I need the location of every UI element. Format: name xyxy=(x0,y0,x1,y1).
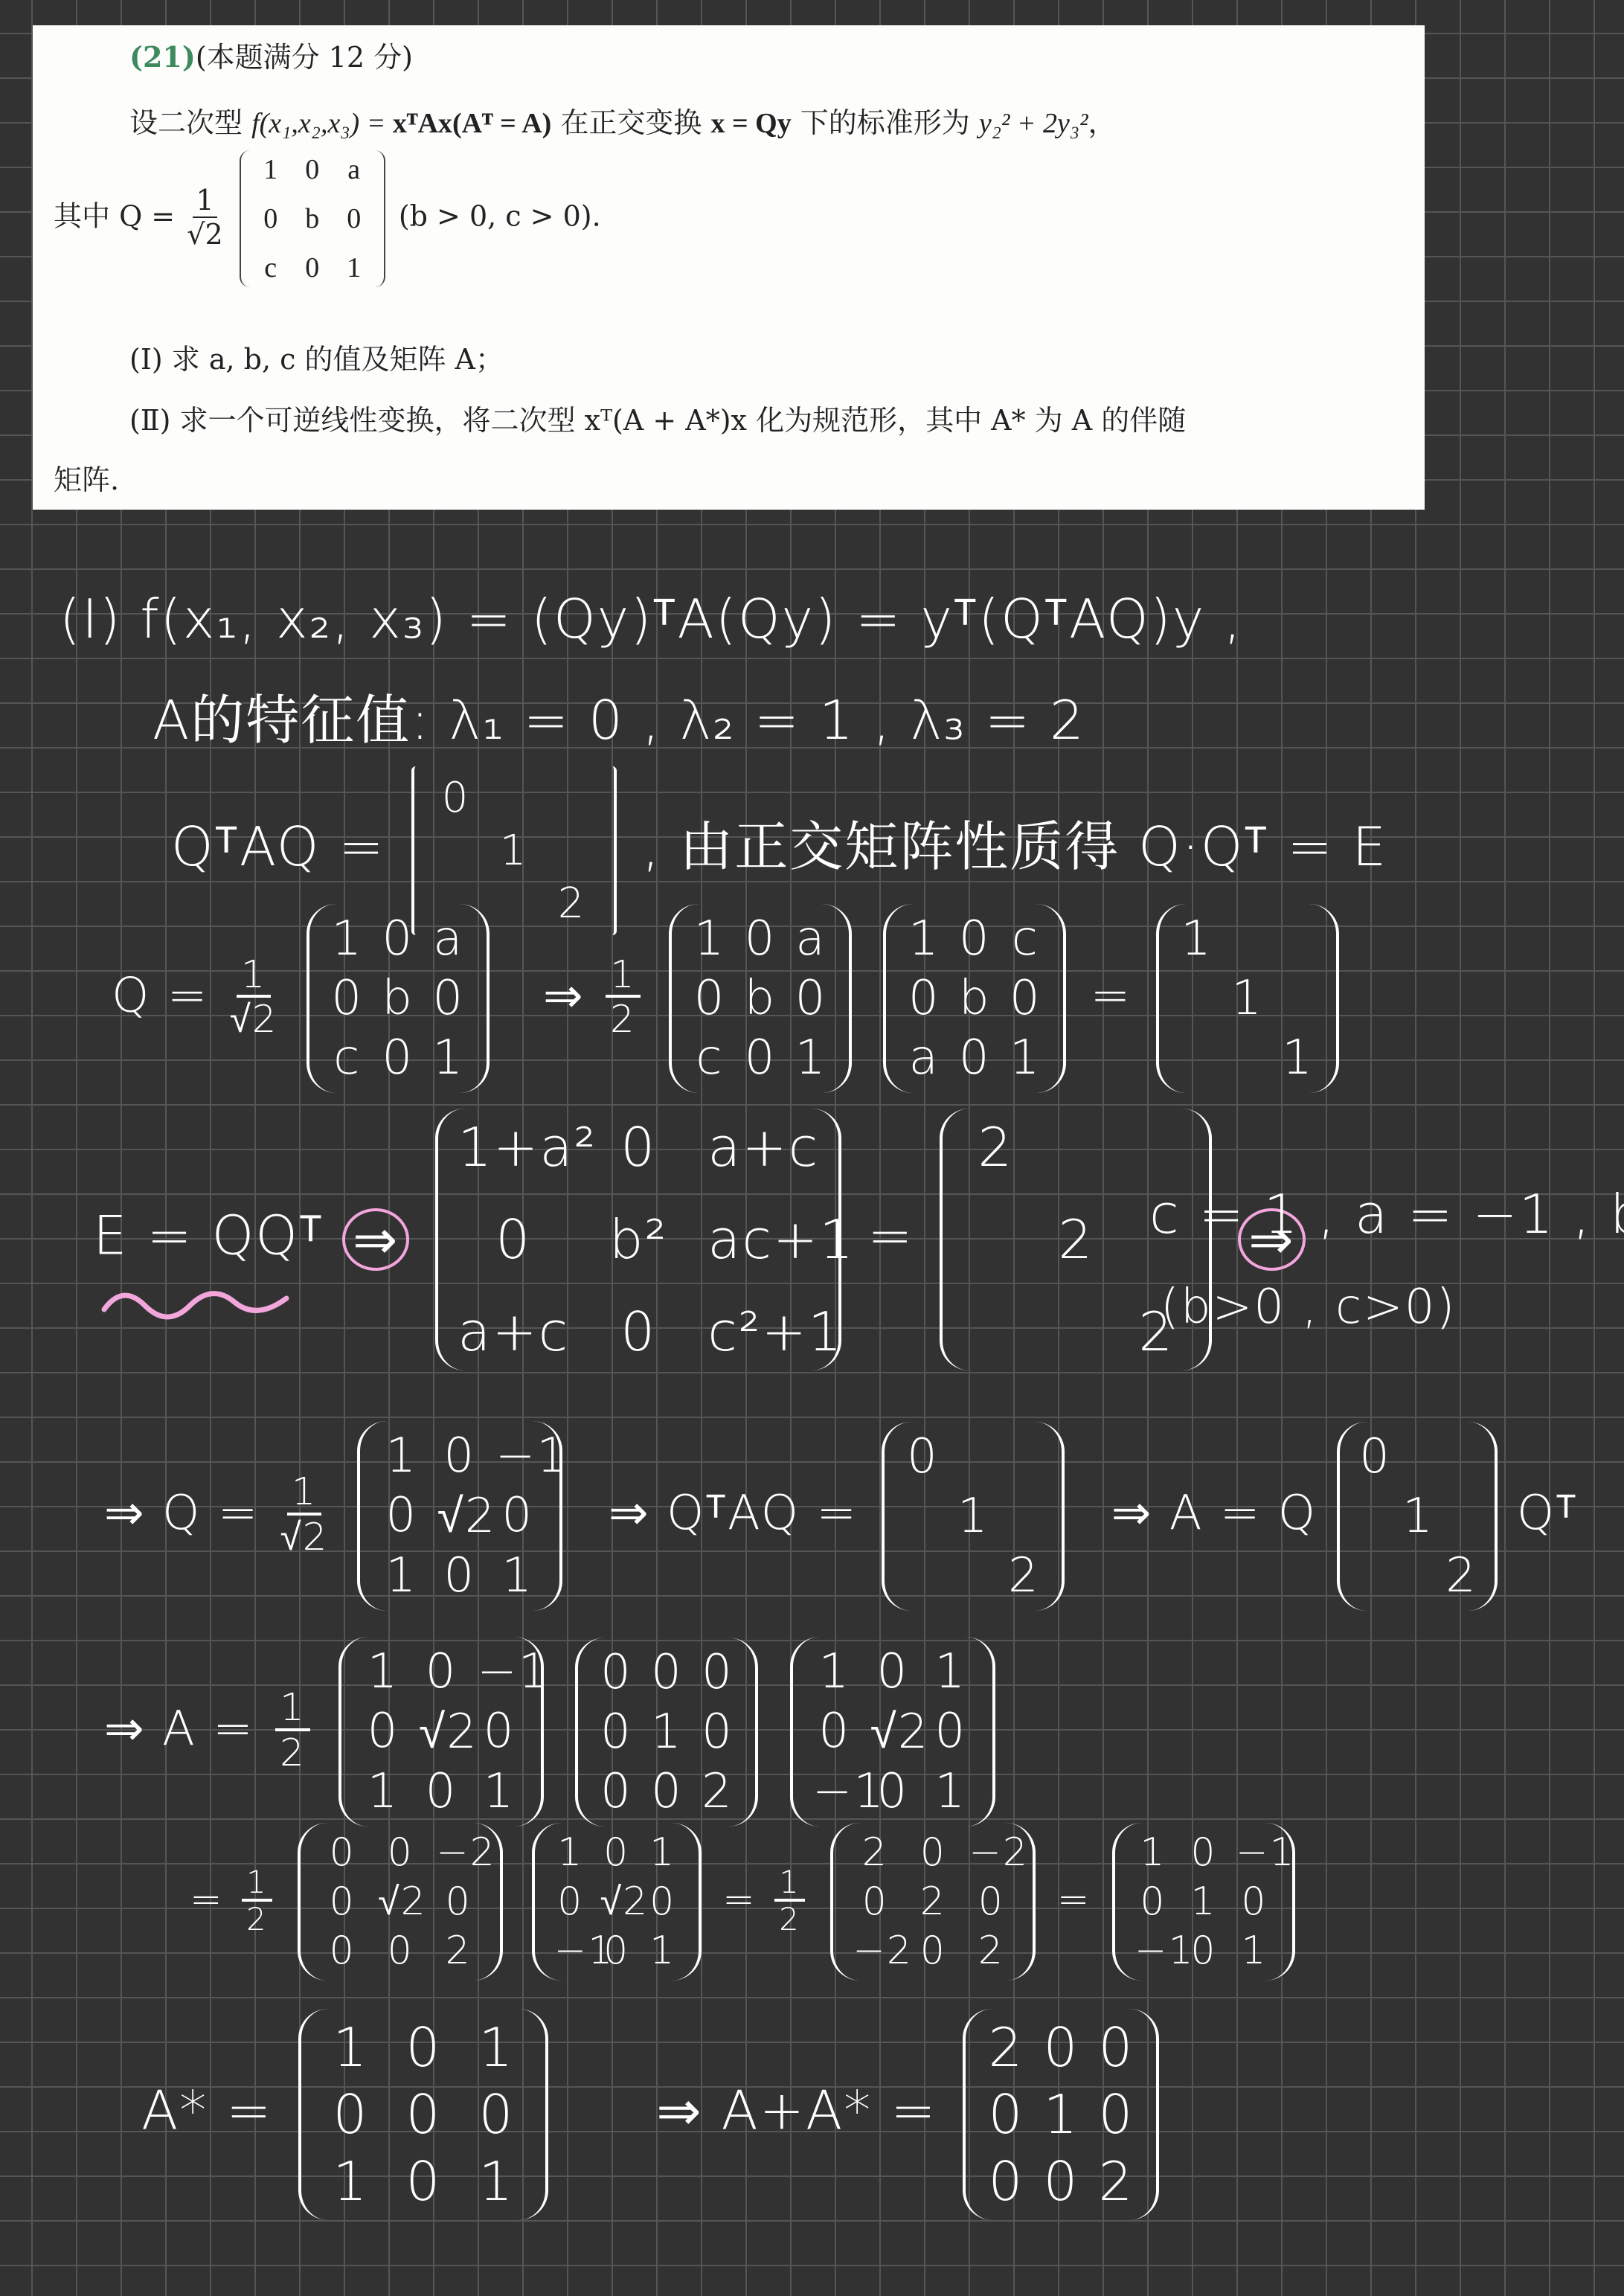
matrix-cell: 0 xyxy=(600,1830,633,1875)
condition: (b > 0, c > 0). xyxy=(399,200,601,233)
adjugate-label: A* = xyxy=(141,2079,272,2142)
matrix-cell: 0 xyxy=(292,153,333,186)
matrix-cell: b xyxy=(956,971,993,1026)
numerator: 1 xyxy=(774,1866,804,1902)
numerator: 1 xyxy=(606,955,641,998)
problem-header: (21)(本题满分 12 分) xyxy=(129,34,413,75)
a-label: A = xyxy=(162,1702,254,1757)
matrix-cell: 0 xyxy=(1095,2016,1137,2079)
matrix-q-transpose: 10c0b0a01 xyxy=(883,904,1066,1093)
matrix-cell: 0 xyxy=(582,1116,694,1179)
matrix-cell: −1 xyxy=(477,1644,521,1699)
matrix-cell: 0 xyxy=(434,774,478,822)
matrix-cell: 0 xyxy=(905,971,943,1026)
matrix-cell: 2 xyxy=(1445,1548,1478,1603)
matrix-cell: 1 xyxy=(1229,971,1266,1026)
matrix-cell: 0 xyxy=(911,1928,955,1973)
implies-arrow: ⇒ xyxy=(1111,1486,1153,1541)
matrix-cell: 1 xyxy=(495,1548,540,1603)
matrix-cell: 1 xyxy=(250,153,292,186)
matrix-cell xyxy=(1042,1301,1109,1363)
matrix-cell: 0 xyxy=(853,1879,897,1924)
matrix-cell: c xyxy=(1007,911,1044,966)
matrix-cell: 1 xyxy=(554,1830,587,1875)
qtaq-label: QᵀAQ = xyxy=(171,815,385,878)
solution-line-5: E = QQᵀ ⇒ 1+a²0a+c0b²ac+1a+c0c²+1 = 222 … xyxy=(93,1109,1306,1370)
matrix-cell: 1+a² xyxy=(458,1116,569,1179)
matrix-cell: 0 xyxy=(870,1644,915,1699)
product-matrix: 20−2020−202 xyxy=(830,1823,1036,1981)
matrix-cell: 0 xyxy=(1185,1830,1222,1875)
orthogonal-note: , 由正交矩阵性质得 Q·Qᵀ = E xyxy=(642,815,1387,878)
stem-text: 设二次型 xyxy=(129,106,251,139)
orthogonal-transform: x = Qy xyxy=(711,108,792,139)
matrix-cell: 0 xyxy=(495,1488,540,1544)
matrix-cell: c²+1 xyxy=(707,1301,819,1363)
matrix-cell xyxy=(1445,1489,1478,1544)
matrix-cell: 1 xyxy=(492,827,536,875)
fraction: 12 xyxy=(275,1688,310,1775)
matrix-cell: 0 xyxy=(379,1030,417,1086)
solution-line-4: Q = 1√2 10a0b0c01 ⇒ 12 10a0b0c01 10c0b0a… xyxy=(112,904,1347,1093)
matrix-cell: 0 xyxy=(419,1644,463,1699)
matrix-cell: a+c xyxy=(707,1116,819,1179)
matrix-cell: 0 xyxy=(582,1301,694,1363)
matrix-cell xyxy=(1178,971,1216,1026)
matrix-cell xyxy=(434,827,478,875)
matrix-cell: 1 xyxy=(430,1030,467,1086)
matrix-cell xyxy=(1005,1429,1042,1484)
matrix-cell: 2 xyxy=(985,2016,1027,2079)
matrix-cell: 2 xyxy=(1095,2150,1137,2213)
matrix-cell: 2 xyxy=(962,1116,1029,1179)
equals: = xyxy=(867,1205,914,1267)
matrix-cell xyxy=(550,827,594,875)
pink-squiggle-underline-icon xyxy=(100,1280,294,1324)
q-label: Q = xyxy=(162,1486,259,1541)
intermediate-matrix: 00−20√20002 xyxy=(298,1823,503,1981)
matrix-cell: 1 xyxy=(361,1644,405,1699)
matrix-cell: 0 xyxy=(320,1879,365,1924)
fraction: 1√2 xyxy=(187,185,222,251)
matrix-cell: 2 xyxy=(1042,1208,1109,1271)
numerator: 1 xyxy=(287,1472,322,1516)
punctuation: ， xyxy=(1088,106,1116,139)
matrix-cell: b xyxy=(742,971,779,1026)
matrix-cell: 1 xyxy=(905,911,943,966)
matrix-cell: √2 xyxy=(378,1879,423,1924)
matrix-cell: 1 xyxy=(954,1489,992,1544)
matrix-cell: 0 xyxy=(1359,1429,1392,1484)
implies-arrow: ⇒ xyxy=(104,1702,146,1757)
matrix-cell: 1 xyxy=(1236,1928,1273,1973)
matrix-cell: 0 xyxy=(742,1030,779,1086)
matrix-cell: 0 xyxy=(554,1879,587,1924)
matrix-cell: 0 xyxy=(699,1645,736,1700)
matrix-cell xyxy=(904,1489,941,1544)
matrix-cell: 1 xyxy=(648,1705,685,1760)
q-matrix-hw: 10a0b0c01 xyxy=(306,904,490,1093)
matrix-cell: 2 xyxy=(853,1830,897,1875)
qtaq-label: QᵀAQ = xyxy=(667,1486,858,1541)
matrix-cell xyxy=(1402,1429,1435,1484)
a-equals-q: A = Q xyxy=(1169,1486,1317,1541)
matrix-cell: 1 xyxy=(333,251,375,284)
part-2-cont: 矩阵. xyxy=(54,457,119,498)
matrix-cell: 1 xyxy=(1007,1030,1044,1086)
matrix-cell: ac+1 xyxy=(707,1208,819,1271)
implies-arrow: ⇒ xyxy=(353,1208,399,1271)
matrix-cell: 0 xyxy=(437,1548,482,1603)
matrix-cell xyxy=(1359,1548,1392,1603)
matrix-cell: 0 xyxy=(600,1928,633,1973)
quadratic-form: f(x₁,x₂,x₃) = xyxy=(251,108,393,139)
matrix-cell: 1 xyxy=(361,1764,405,1819)
matrix-cell xyxy=(492,774,536,822)
q-label: Q = xyxy=(112,969,208,1024)
matrix-cell: √2 xyxy=(870,1704,915,1760)
matrix-cell: 0 xyxy=(379,1488,424,1544)
numerator: 1 xyxy=(242,1866,272,1902)
matrix-cell: 0 xyxy=(870,1764,915,1819)
matrix-cell: 0 xyxy=(1095,2083,1137,2146)
matrix-cell xyxy=(954,1548,992,1603)
matrix-cell: 1 xyxy=(1402,1489,1435,1544)
matrix-cell: 1 xyxy=(477,1764,521,1819)
question-number: (21) xyxy=(129,40,196,74)
matrix-cell: 1 xyxy=(466,2150,526,2213)
matrix-cell xyxy=(1359,1489,1392,1544)
matrix-cell: 2 xyxy=(1005,1548,1042,1603)
matrix-cell: −2 xyxy=(436,1830,481,1875)
denominator: √2 xyxy=(280,1516,329,1559)
sum-matrix: 200010002 xyxy=(963,2009,1159,2220)
matrix-cell: b xyxy=(292,202,333,235)
equals: = xyxy=(1091,969,1132,1024)
matrix-cell: 0 xyxy=(394,2083,453,2146)
points-label: (本题满分 12 分) xyxy=(196,41,413,74)
standard-form: y₂² + 2y₃² xyxy=(979,108,1088,139)
matrix-cell: −2 xyxy=(853,1928,897,1973)
numerator: 1 xyxy=(193,185,216,218)
matrix-cell: 1 xyxy=(928,1644,973,1699)
matrix-cell: 1 xyxy=(1134,1830,1172,1875)
matrix-cell: 0 xyxy=(812,1704,857,1760)
matrix-cell: 1 xyxy=(646,1830,679,1875)
matrix-cell: 0 xyxy=(458,1208,569,1271)
implies-arrow: ⇒ xyxy=(656,2079,702,2142)
equals: = xyxy=(190,1877,224,1922)
matrix-cell: b² xyxy=(582,1208,694,1271)
matrix-cell xyxy=(1178,1030,1216,1086)
denominator: 2 xyxy=(246,1902,267,1937)
matrix-cell: 2 xyxy=(969,1928,1013,1973)
matrix-cell: 0 xyxy=(466,2083,526,2146)
problem-card: (21)(本题满分 12 分) 设二次型 f(x₁,x₂,x₃) = xᵀAx(… xyxy=(33,25,1425,510)
matrix-cell: 0 xyxy=(1185,1928,1222,1973)
denominator: 2 xyxy=(779,1902,800,1937)
matrix-cell: a xyxy=(430,911,467,966)
adjugate-matrix: 101000101 xyxy=(298,2009,548,2220)
implies-arrow: ⇒ xyxy=(104,1486,146,1541)
matrix-cell: 1 xyxy=(1185,1879,1222,1924)
matrix-cell: −1 xyxy=(495,1428,540,1484)
matrix-cell: 0 xyxy=(321,2083,380,2146)
matrix-q-transpose: 1010√20−101 xyxy=(532,1823,702,1981)
matrix-cell: 0 xyxy=(430,971,467,1026)
symmetric-condition: (Aᵀ = A) xyxy=(452,108,551,139)
part-1: (Ⅰ) 求 a, b, c 的值及矩阵 A； xyxy=(129,336,504,377)
matrix-cell: 0 xyxy=(378,1928,423,1973)
matrix-a-result: 10−1010−101 xyxy=(1112,1823,1295,1981)
matrix-cell xyxy=(1005,1489,1042,1544)
matrix-cell xyxy=(1280,911,1317,966)
denominator: 2 xyxy=(610,998,636,1042)
solution-eigenvalues: A的特征值: λ₁ = 0 , λ₂ = 1 , λ₃ = 2 xyxy=(153,677,1085,754)
equals: = xyxy=(722,1877,757,1922)
matrix-cell: a xyxy=(333,153,375,186)
matrix-cell: c xyxy=(691,1030,728,1086)
matrix-cell xyxy=(1229,911,1266,966)
matrix-cell: 0 xyxy=(904,1429,941,1484)
e-equals-qqt: E = QQᵀ xyxy=(93,1205,324,1267)
matrix-cell: 1 xyxy=(691,911,728,966)
matrix-cell xyxy=(1402,1548,1435,1603)
matrix-cell xyxy=(1123,1116,1190,1179)
matrix-cell: 0 xyxy=(379,911,417,966)
matrix-cell: −1 xyxy=(812,1764,857,1819)
matrix-cell: 1 xyxy=(329,911,366,966)
matrix-cell: 0 xyxy=(792,971,829,1026)
matrix-cell: √2 xyxy=(419,1704,463,1760)
solution-line-9: A* = 101000101 ⇒ A+A* = 200010002 xyxy=(141,2009,1166,2220)
problem-stem: 设二次型 f(x₁,x₂,x₃) = xᵀAx(Aᵀ = A) 在正交变换 x … xyxy=(129,100,1117,141)
matrix-cell: 0 xyxy=(378,1830,423,1875)
matrix-cell: 1 xyxy=(379,1548,424,1603)
matrix-cell: 0 xyxy=(911,1830,955,1875)
implies-arrow: ⇒ xyxy=(543,969,585,1024)
denominator: 2 xyxy=(280,1731,306,1775)
matrix-cell: c xyxy=(329,1030,366,1086)
matrix-cell: 0 xyxy=(597,1705,635,1760)
matrix-cell: −1 xyxy=(1134,1928,1172,1973)
matrix-cell xyxy=(962,1208,1029,1271)
matrix-cell: 0 xyxy=(928,1704,973,1760)
matrix-cell xyxy=(1042,1116,1109,1179)
matrix-cell: 1 xyxy=(466,2016,526,2079)
denominator: √2 xyxy=(230,998,278,1042)
matrix-cell: 1 xyxy=(321,2150,380,2213)
matrix-cell: b xyxy=(379,971,417,1026)
matrix-cell: 0 xyxy=(597,1764,635,1819)
q-definition: 其中 Q = 1√2 10a0b0c01 (b > 0, c > 0). xyxy=(54,150,601,287)
matrix-cell xyxy=(1445,1429,1478,1484)
highlight-circle-icon: ⇒ xyxy=(342,1208,409,1271)
matrix-cell: a+c xyxy=(458,1301,569,1363)
matrix-cell: 0 xyxy=(1007,971,1044,1026)
matrix-cell: 1 xyxy=(792,1030,829,1086)
numerator: 1 xyxy=(237,955,272,998)
matrix-cell: 0 xyxy=(419,1764,463,1819)
matrix-cell xyxy=(904,1548,941,1603)
matrix-cell: 0 xyxy=(742,911,779,966)
solution-line-8: = 12 00−20√20002 1010√20−101 = 12 20−202… xyxy=(190,1823,1303,1981)
solution-line-7: ⇒ A = 12 10−10√20101 000010002 1010√20−1… xyxy=(104,1637,1003,1827)
matrix-cell: 0 xyxy=(648,1764,685,1819)
matrix-q: 10−10√20101 xyxy=(338,1637,544,1827)
matrix-cell: √2 xyxy=(600,1879,633,1924)
matrix-cell xyxy=(962,1301,1029,1363)
matrix-q-transpose: 1010√20−101 xyxy=(790,1637,995,1827)
sum-label: A+A* = xyxy=(721,2079,937,2142)
stem-text: 下的标准形为 xyxy=(792,106,979,139)
matrix-cell: √2 xyxy=(437,1488,482,1544)
matrix-cell: 0 xyxy=(648,1645,685,1700)
matrix-cell: 0 xyxy=(436,1879,481,1924)
matrix-cell: 1 xyxy=(1280,1030,1317,1086)
matrix-cell: 0 xyxy=(956,911,993,966)
implies-arrow: ⇒ xyxy=(609,1486,650,1541)
matrix-cell: 0 xyxy=(956,1030,993,1086)
matrix-cell: −2 xyxy=(969,1830,1013,1875)
matrix-cell: 0 xyxy=(699,1705,736,1760)
matrix-cell: 0 xyxy=(394,2016,453,2079)
matrix-cell xyxy=(1229,1030,1266,1086)
matrix-cell: 0 xyxy=(691,971,728,1026)
matrix-cell: a xyxy=(905,1030,943,1086)
matrix-cell: 0 xyxy=(985,2083,1027,2146)
fraction: 1√2 xyxy=(280,1472,329,1559)
matrix-cell: 0 xyxy=(1134,1879,1172,1924)
matrix-cell: 1 xyxy=(1178,911,1216,966)
solution-line-1: (I) f(x₁, x₂, x₃) = (Qy)ᵀA(Qy) = yᵀ(QᵀAQ… xyxy=(60,588,1242,650)
q-matrix: 10a0b0c01 xyxy=(240,150,385,287)
where-label: 其中 Q = xyxy=(54,200,184,233)
matrix-cell: 0 xyxy=(329,971,366,1026)
matrix-cell: 0 xyxy=(969,1879,1013,1924)
matrix-cell: 0 xyxy=(477,1704,521,1760)
matrix-cell: 0 xyxy=(320,1830,365,1875)
matrix-cell: 0 xyxy=(361,1704,405,1760)
matrix-cell: −1 xyxy=(1236,1830,1273,1875)
matrix-cell: 0 xyxy=(333,202,375,235)
matrix-cell: −1 xyxy=(554,1928,587,1973)
matrix-cell xyxy=(550,774,594,822)
matrix-cell: 1 xyxy=(646,1928,679,1973)
fraction: 1√2 xyxy=(230,955,278,1042)
matrix-cell: 0 xyxy=(292,251,333,284)
matrix-cell: 1 xyxy=(321,2016,380,2079)
matrix-cell xyxy=(1280,971,1317,1026)
identity-matrix: 111 xyxy=(1156,904,1339,1093)
fraction: 12 xyxy=(606,955,641,1042)
q-transpose: Qᵀ xyxy=(1517,1486,1578,1541)
matrix-cell: 0 xyxy=(1040,2150,1082,2213)
matrix-cell: 0 xyxy=(1236,1879,1273,1924)
diag-matrix: 000010002 xyxy=(575,1638,758,1827)
matrix-cell: 0 xyxy=(320,1928,365,1973)
diag-matrix: 012 xyxy=(1337,1422,1498,1611)
matrix-cell: 1 xyxy=(928,1764,973,1819)
matrix-cell: 0 xyxy=(646,1879,679,1924)
bc-condition: (b>0 , c>0) xyxy=(1161,1280,1456,1335)
q-numeric-matrix: 10−10√20101 xyxy=(357,1421,562,1611)
abc-values: c = 1 , a = −1 , b = √2 xyxy=(1149,1183,1624,1245)
matrix-cell: 1 xyxy=(379,1428,424,1484)
matrix-cell: 2 xyxy=(911,1879,955,1924)
matrix-cell: c xyxy=(250,251,292,284)
equals: = xyxy=(1057,1877,1091,1922)
part-2: (Ⅱ) 求一个可逆线性变换，将二次型 xᵀ(A + A*)x 化为规范形，其中 … xyxy=(129,397,1186,438)
numerator: 1 xyxy=(275,1688,310,1731)
matrix-q: 10a0b0c01 xyxy=(669,904,852,1093)
denominator: √2 xyxy=(187,218,222,252)
fraction: 12 xyxy=(242,1866,272,1937)
matrix-cell: a xyxy=(792,911,829,966)
stem-text: 在正交变换 xyxy=(551,106,710,139)
matrix-cell: 0 xyxy=(437,1428,482,1484)
solution-line-6: ⇒ Q = 1√2 10−10√20101 ⇒ QᵀAQ = 012 ⇒ A =… xyxy=(104,1421,1578,1611)
fraction: 12 xyxy=(774,1866,804,1937)
xTAx: xᵀAx xyxy=(393,108,452,139)
matrix-cell: 0 xyxy=(250,202,292,235)
matrix-cell xyxy=(954,1429,992,1484)
matrix-cell: 0 xyxy=(394,2150,453,2213)
matrix-cell: 2 xyxy=(436,1928,481,1973)
diag-matrix: 012 xyxy=(882,1422,1065,1611)
qqt-product-matrix: 1+a²0a+c0b²ac+1a+c0c²+1 xyxy=(435,1109,841,1370)
matrix-cell: 0 xyxy=(1040,2016,1082,2079)
matrix-cell: 2 xyxy=(699,1764,736,1819)
matrix-cell: 0 xyxy=(985,2150,1027,2213)
matrix-cell: 0 xyxy=(597,1645,635,1700)
matrix-cell: 1 xyxy=(1040,2083,1082,2146)
matrix-cell: 1 xyxy=(812,1644,857,1699)
